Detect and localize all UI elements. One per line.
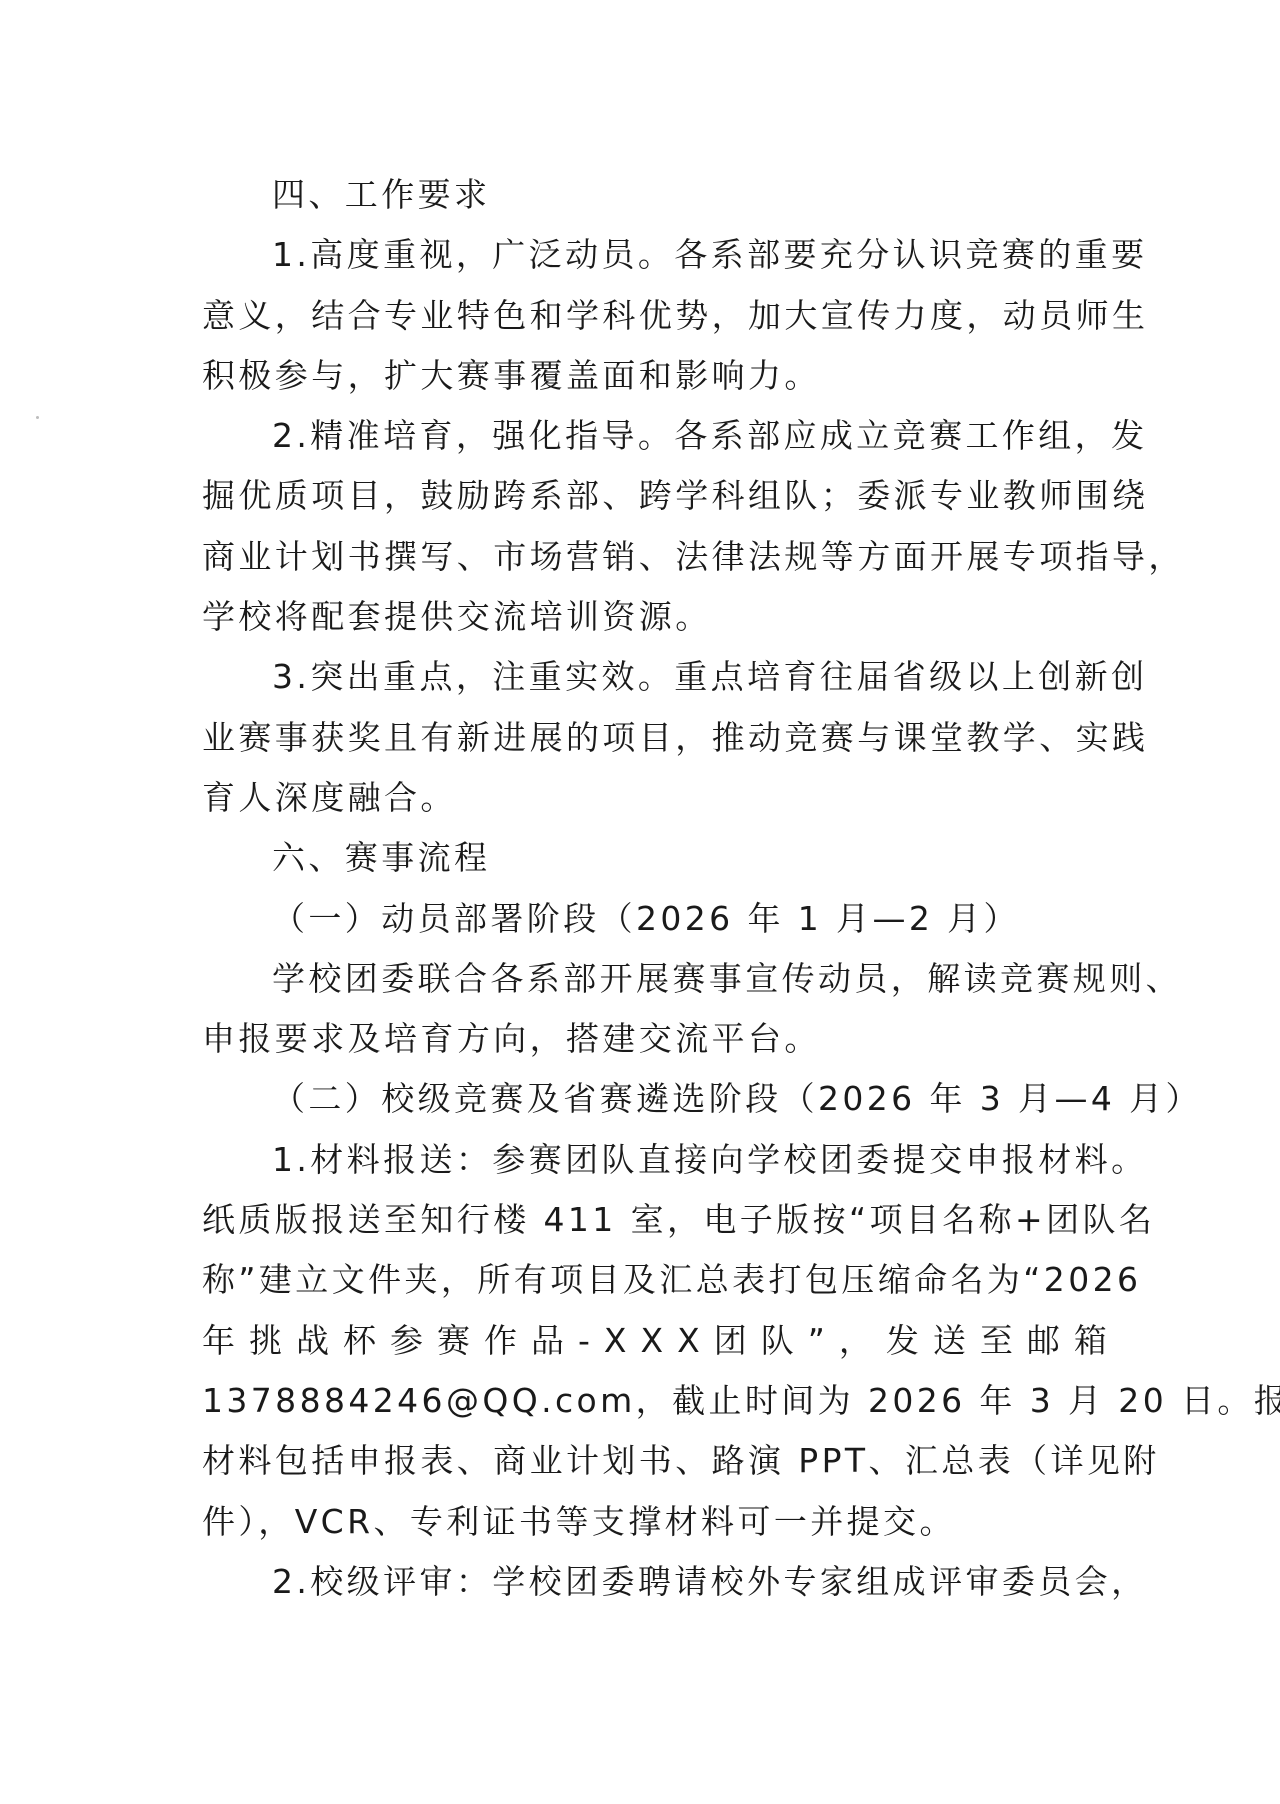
paragraph-line: 2.校级评审：学校团委聘请校外专家组成评审委员会，	[202, 1552, 1102, 1612]
paragraph-line: 1.高度重视，广泛动员。各系部要充分认识竞赛的重要	[202, 225, 1102, 285]
section-heading-event-process: 六、赛事流程	[202, 828, 1102, 888]
subsection-heading-school-competition: （二）校级竞赛及省赛遴选阶段（2026 年 3 月—4 月）	[202, 1069, 1102, 1129]
scan-speck	[36, 416, 39, 419]
paragraph-line: 申报要求及培育方向，搭建交流平台。	[202, 1009, 1102, 1069]
paragraph-line: 学校团委联合各系部开展赛事宣传动员，解读竞赛规则、	[202, 949, 1102, 1009]
paragraph-line: 件），VCR、专利证书等支撑材料可一并提交。	[202, 1492, 1102, 1552]
paragraph-line: 学校将配套提供交流培训资源。	[202, 587, 1102, 647]
subsection-heading-mobilization: （一）动员部署阶段（2026 年 1 月—2 月）	[202, 889, 1102, 949]
paragraph-line: 商业计划书撰写、市场营销、法律法规等方面开展专项指导，	[202, 527, 1102, 587]
paragraph-line: 称”建立文件夹，所有项目及汇总表打包压缩命名为“2026	[202, 1250, 1102, 1310]
paragraph-line: 积极参与，扩大赛事覆盖面和影响力。	[202, 346, 1102, 406]
paragraph-line: 年挑战杯参赛作品-XXX团队”，发送至邮箱	[202, 1311, 1102, 1371]
paragraph-line: 材料包括申报表、商业计划书、路演 PPT、汇总表（详见附	[202, 1431, 1102, 1491]
paragraph-line: 3.突出重点，注重实效。重点培育往届省级以上创新创	[202, 647, 1102, 707]
paragraph-line: 业赛事获奖且有新进展的项目，推动竞赛与课堂教学、实践	[202, 708, 1102, 768]
paragraph-line-email: 1378884246@QQ.com，截止时间为 2026 年 3 月 20 日。…	[202, 1371, 1102, 1431]
paragraph-line: 育人深度融合。	[202, 768, 1102, 828]
paragraph-line: 2.精准培育，强化指导。各系部应成立竞赛工作组，发	[202, 406, 1102, 466]
section-heading-work-requirements: 四、工作要求	[202, 165, 1102, 225]
paragraph-line: 掘优质项目，鼓励跨系部、跨学科组队；委派专业教师围绕	[202, 466, 1102, 526]
document-body: 四、工作要求 1.高度重视，广泛动员。各系部要充分认识竞赛的重要 意义，结合专业…	[202, 165, 1102, 1612]
paragraph-line: 1.材料报送：参赛团队直接向学校团委提交申报材料。	[202, 1130, 1102, 1190]
document-page: 四、工作要求 1.高度重视，广泛动员。各系部要充分认识竞赛的重要 意义，结合专业…	[0, 0, 1280, 1804]
paragraph-line: 意义，结合专业特色和学科优势，加大宣传力度，动员师生	[202, 286, 1102, 346]
paragraph-line: 纸质版报送至知行楼 411 室，电子版按“项目名称+团队名	[202, 1190, 1102, 1250]
